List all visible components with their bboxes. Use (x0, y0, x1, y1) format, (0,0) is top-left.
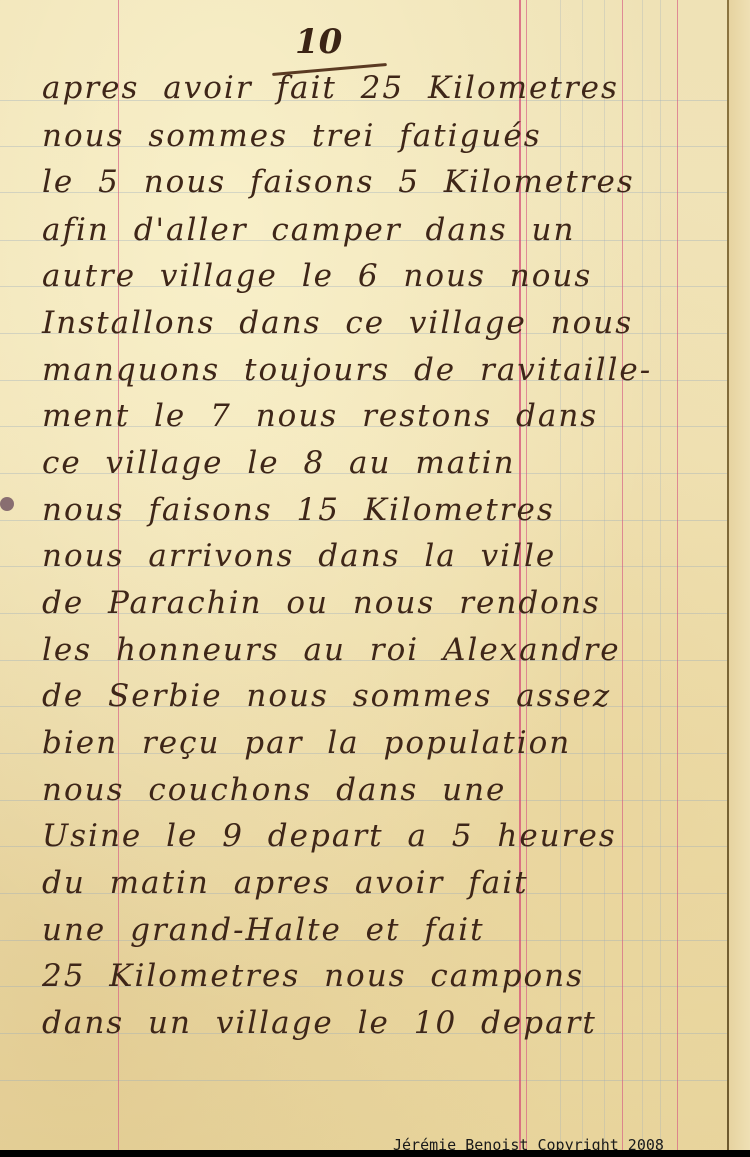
adjacent-page-edge (729, 0, 750, 1150)
text-line: nous faisons 15 Kilometres (42, 492, 555, 528)
text-line: ce village le 8 au matin (42, 445, 516, 481)
text-line: les honneurs au roi Alexandre (42, 632, 621, 668)
text-line: dans un village le 10 depart (42, 1005, 597, 1041)
text-line: 25 Kilometres nous campons (42, 958, 584, 994)
notebook-page: 10 apres avoir fait 25 Kilometres nous s… (0, 0, 750, 1150)
text-line: apres avoir fait 25 Kilometres (42, 70, 619, 106)
text-line: du matin apres avoir fait (42, 865, 529, 901)
copyright-watermark: Jérémie Benoist Copyright 2008 (393, 1136, 664, 1150)
text-line: de Serbie nous sommes assez (42, 678, 611, 714)
text-line: afin d'aller camper dans un (42, 212, 575, 248)
text-line: ment le 7 nous restons dans (42, 398, 598, 434)
bottom-border (0, 1150, 750, 1157)
text-line: le 5 nous faisons 5 Kilometres (42, 164, 635, 200)
text-line: manquons toujours de ravitaille- (42, 352, 652, 388)
text-line: Installons dans ce village nous (42, 305, 633, 341)
text-line: une grand-Halte et fait (42, 912, 485, 948)
handwritten-text: apres avoir fait 25 Kilometres nous somm… (0, 0, 728, 1150)
text-line: nous arrivons dans la ville (42, 538, 556, 574)
text-line: bien reçu par la population (42, 725, 571, 761)
text-line: autre village le 6 nous nous (42, 258, 592, 294)
text-line: nous sommes trei fatigués (42, 118, 542, 154)
text-line: de Parachin ou nous rendons (42, 585, 601, 621)
text-line: Usine le 9 depart a 5 heures (42, 818, 617, 854)
text-line: nous couchons dans une (42, 772, 506, 808)
